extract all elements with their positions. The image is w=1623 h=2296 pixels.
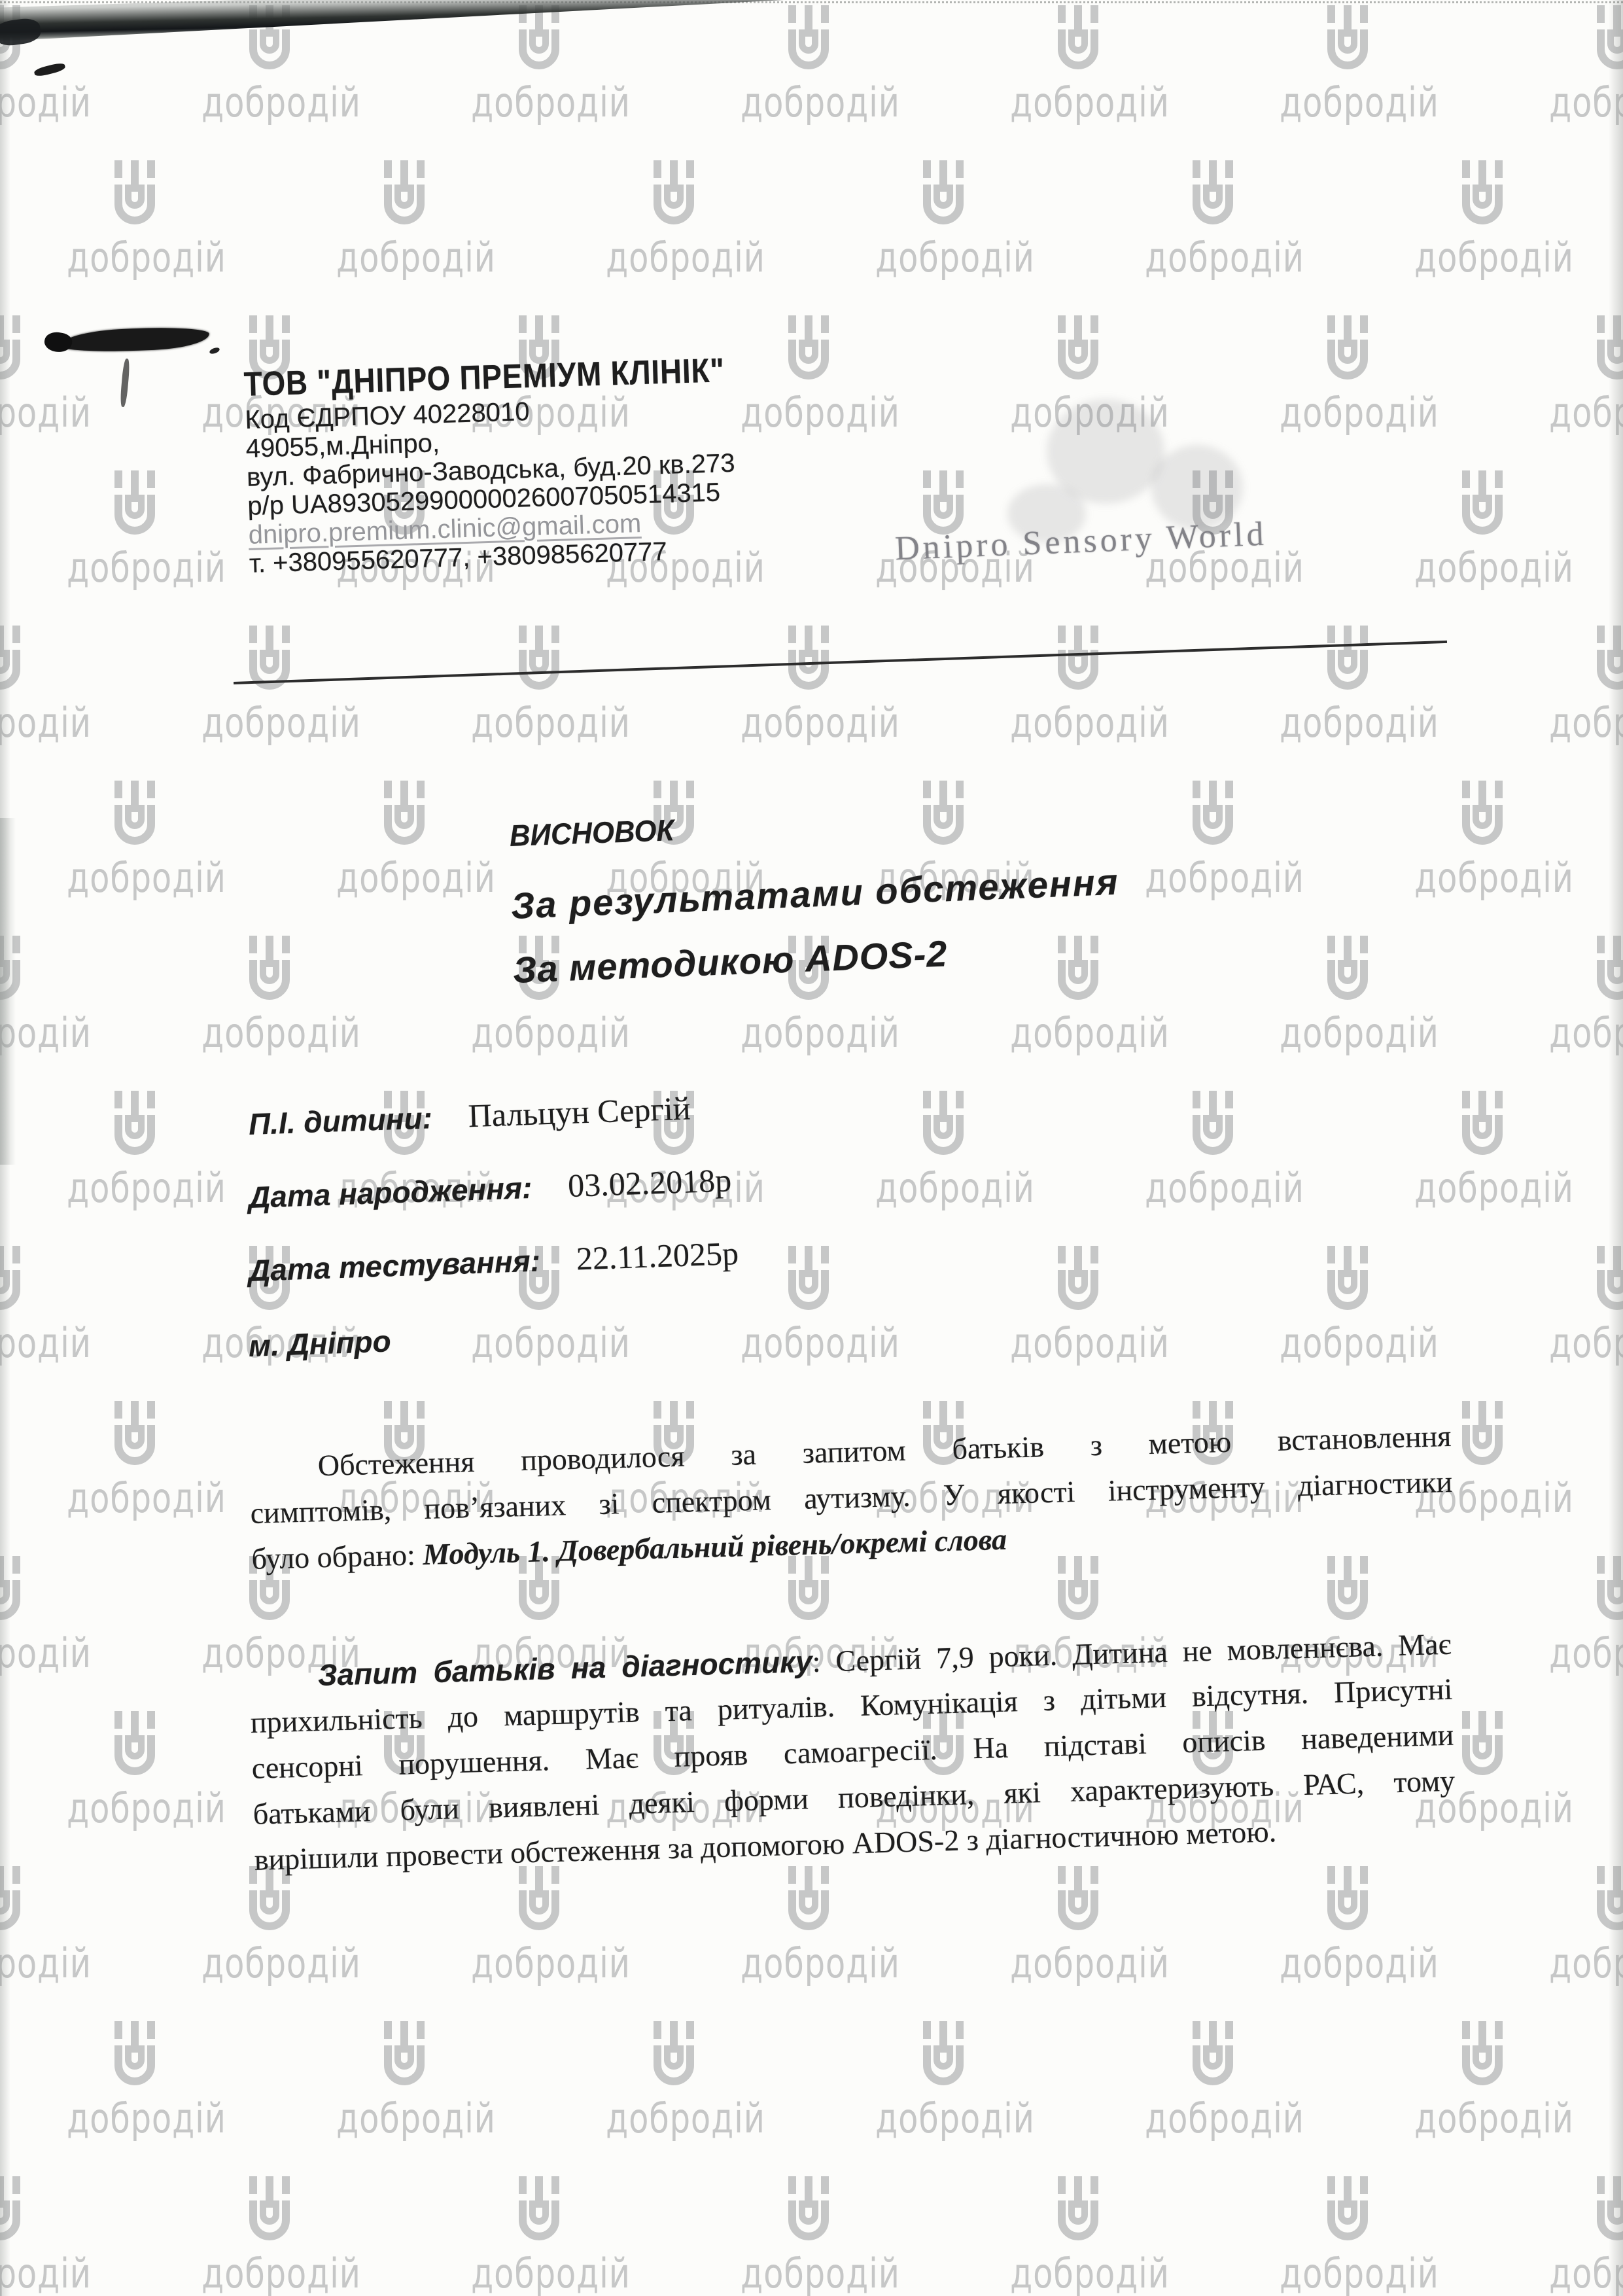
field-label: П.І. дитини: xyxy=(248,1101,433,1141)
watermark-pair: добродій xyxy=(0,1866,85,1983)
watermark-pair: добродій xyxy=(1263,315,1433,432)
watermark-text: добродій xyxy=(741,704,877,742)
dobrodiy-hand-flower-icon xyxy=(1190,2021,1236,2092)
watermark-text: добродій xyxy=(741,1324,877,1362)
dobrodiy-hand-flower-icon xyxy=(112,781,158,851)
watermark-text: добродій xyxy=(1145,859,1281,897)
watermark-text: добродій xyxy=(1414,2100,1550,2138)
watermark-text: добродій xyxy=(1010,2255,1146,2293)
watermark-text: добродій xyxy=(471,84,607,122)
watermark-text: добродій xyxy=(471,2255,607,2293)
watermark-text: добродій xyxy=(336,239,472,277)
watermark-text: добродій xyxy=(201,84,338,122)
watermark-pair: добродій xyxy=(319,781,489,897)
dobrodiy-hand-flower-icon xyxy=(786,626,831,696)
request-label-emphasis: Запит батьків на діагностику xyxy=(317,1644,812,1692)
field-value: 22.11.2025р xyxy=(576,1235,739,1277)
watermark-pair: добродій xyxy=(993,1866,1163,1983)
watermark-text: добродій xyxy=(67,549,203,587)
watermark-text: добродій xyxy=(201,1945,338,1983)
field-value: 03.02.2018р xyxy=(567,1161,732,1204)
dobrodiy-hand-flower-icon xyxy=(1325,2176,1370,2247)
watermark-pair: добродій xyxy=(858,2021,1028,2138)
watermark-pair: добродій xyxy=(184,936,355,1052)
watermark-pair: добродій xyxy=(50,470,220,587)
watermark-pair: добродій xyxy=(1397,470,1567,587)
watermark-pair: добродій xyxy=(1397,160,1567,277)
paragraph-text: було обрано: xyxy=(251,1538,423,1576)
watermark-text: добродій xyxy=(741,2255,877,2293)
watermark-pair: добродій xyxy=(0,1556,85,1672)
watermark-pair: добродій xyxy=(454,2176,624,2293)
dobrodiy-hand-flower-icon xyxy=(112,160,158,231)
watermark-pair: добродій xyxy=(1263,936,1433,1052)
watermark-text: добродій xyxy=(1280,1324,1416,1362)
faded-stamp-remnant xyxy=(1007,484,1086,543)
dobrodiy-hand-flower-icon xyxy=(1459,1401,1505,1472)
watermark-text: добродій xyxy=(67,1790,203,1828)
dobrodiy-hand-flower-icon xyxy=(1325,1246,1370,1316)
watermark-pair: добродій xyxy=(184,1866,355,1983)
dobrodiy-hand-flower-icon xyxy=(381,2021,427,2092)
dobrodiy-hand-flower-icon xyxy=(786,5,831,76)
dobrodiy-hand-flower-icon xyxy=(920,1091,966,1161)
dobrodiy-hand-flower-icon xyxy=(516,1866,562,1937)
scan-left-edge-shadow-segment xyxy=(0,818,16,1165)
watermark-text: добродій xyxy=(1145,239,1281,277)
dobrodiy-hand-flower-icon xyxy=(786,1246,831,1316)
dobrodiy-hand-flower-icon xyxy=(1055,5,1101,76)
watermark-text: добродій xyxy=(1145,2100,1281,2138)
dobrodiy-hand-flower-icon xyxy=(1459,2021,1505,2092)
dobrodiy-hand-flower-icon xyxy=(247,2176,292,2247)
watermark-pair: добродій xyxy=(1128,1091,1298,1207)
dobrodiy-hand-flower-icon xyxy=(1325,1556,1370,1627)
watermark-text: добродій xyxy=(606,2100,742,2138)
dobrodiy-hand-flower-icon xyxy=(1055,936,1101,1006)
watermark-pair: добродій xyxy=(319,2021,489,2138)
faded-stamp-remnant xyxy=(1151,445,1243,530)
watermark-pair: добродій xyxy=(184,2176,355,2293)
watermark-pair: добродій xyxy=(858,160,1028,277)
watermark-pair: добродій xyxy=(1128,2021,1298,2138)
watermark-pair: добродій xyxy=(993,2176,1163,2293)
dobrodiy-hand-flower-icon xyxy=(920,160,966,231)
document-title: ВИСНОВОК xyxy=(509,812,674,853)
dobrodiy-hand-flower-icon xyxy=(786,1866,831,1937)
dobrodiy-hand-flower-icon xyxy=(1459,1091,1505,1161)
watermark-text: добродій xyxy=(1010,1324,1146,1362)
watermark-pair: добродій xyxy=(1263,1246,1433,1362)
dobrodiy-hand-flower-icon xyxy=(1055,1556,1101,1627)
watermark-layer: добродійдобродійдобродійдобродійдобродій… xyxy=(0,0,1623,2296)
watermark-pair: добродій xyxy=(724,626,894,742)
watermark-pair: добродій xyxy=(50,1401,220,1517)
field-value: Пальцун Сергій xyxy=(468,1089,691,1134)
watermark-text: добродій xyxy=(201,704,338,742)
watermark-text: добродій xyxy=(875,1169,1011,1207)
watermark-pair: добродій xyxy=(454,5,624,122)
paragraph-parents-request: Запит батьків на діагностику: Сергій 7,9… xyxy=(249,1621,1457,1883)
watermark-pair: добродій xyxy=(0,1246,85,1362)
watermark-pair: добродій xyxy=(50,1711,220,1828)
watermark-pair: добродій xyxy=(724,1866,894,1983)
watermark-text: добродій xyxy=(67,1479,203,1517)
dobrodiy-hand-flower-icon xyxy=(381,781,427,851)
dobrodiy-hand-flower-icon xyxy=(112,2021,158,2092)
watermark-text: добродій xyxy=(67,859,203,897)
dobrodiy-hand-flower-icon xyxy=(1190,1091,1236,1161)
watermark-pair: добродій xyxy=(589,160,759,277)
watermark-pair: добродій xyxy=(1263,5,1433,122)
watermark-text: добродій xyxy=(1280,2255,1416,2293)
dobrodiy-hand-flower-icon xyxy=(651,2021,697,2092)
watermark-pair: добродій xyxy=(724,2176,894,2293)
watermark-text: добродій xyxy=(336,859,472,897)
watermark-text: добродій xyxy=(67,239,203,277)
watermark-pair: добродій xyxy=(184,626,355,742)
dobrodiy-hand-flower-icon xyxy=(1459,160,1505,231)
watermark-text: добродій xyxy=(1280,394,1416,432)
dobrodiy-hand-flower-icon xyxy=(247,626,292,696)
watermark-pair: добродій xyxy=(589,2021,759,2138)
watermark-text: добродій xyxy=(741,84,877,122)
dobrodiy-hand-flower-icon xyxy=(112,1091,158,1161)
field-city: м. Дніпро xyxy=(248,1323,391,1364)
dobrodiy-hand-flower-icon xyxy=(381,160,427,231)
dobrodiy-hand-flower-icon xyxy=(247,936,292,1006)
watermark-pair: добродій xyxy=(724,1246,894,1362)
watermark-pair: добродій xyxy=(993,1246,1163,1362)
dobrodiy-hand-flower-icon xyxy=(112,470,158,541)
watermark-text: добродій xyxy=(67,1169,203,1207)
dobrodiy-hand-flower-icon xyxy=(920,2021,966,2092)
watermark-pair: добродій xyxy=(1397,781,1567,897)
dobrodiy-hand-flower-icon xyxy=(1055,2176,1101,2247)
watermark-text: добродій xyxy=(875,239,1011,277)
module-name-emphasis: Модуль 1. Довербальний рівень/окремі сло… xyxy=(423,1523,1007,1571)
watermark-pair: добродій xyxy=(0,626,85,742)
dobrodiy-hand-flower-icon xyxy=(651,160,697,231)
watermark-pair: добродій xyxy=(993,626,1163,742)
watermark-text: добродій xyxy=(336,2100,472,2138)
dobrodiy-hand-flower-icon xyxy=(786,315,831,386)
watermark-pair: добродій xyxy=(50,2021,220,2138)
field-label: м. Дніпро xyxy=(248,1324,391,1363)
dobrodiy-hand-flower-icon xyxy=(1055,626,1101,696)
dobrodiy-hand-flower-icon xyxy=(112,1401,158,1472)
watermark-text: добродій xyxy=(1010,1945,1146,1983)
watermark-pair: добродій xyxy=(454,1866,624,1983)
watermark-pair: добродій xyxy=(50,1091,220,1207)
watermark-text: добродій xyxy=(201,1014,338,1052)
watermark-text: добродій xyxy=(606,239,742,277)
watermark-text: добродій xyxy=(875,2100,1011,2138)
watermark-pair: добродій xyxy=(0,2176,85,2293)
watermark-pair: добродій xyxy=(454,626,624,742)
dobrodiy-hand-flower-icon xyxy=(516,626,562,696)
watermark-pair: добродій xyxy=(50,781,220,897)
watermark-pair: добродій xyxy=(1263,2176,1433,2293)
dobrodiy-hand-flower-icon xyxy=(1325,936,1370,1006)
scan-right-edge-shadow xyxy=(1609,0,1623,2296)
dobrodiy-hand-flower-icon xyxy=(1055,1246,1101,1316)
watermark-text: добродій xyxy=(741,394,877,432)
dobrodiy-hand-flower-icon xyxy=(516,2176,562,2247)
watermark-pair: добродій xyxy=(1128,160,1298,277)
dobrodiy-hand-flower-icon xyxy=(1459,470,1505,541)
watermark-text: добродій xyxy=(1414,239,1550,277)
dobrodiy-hand-flower-icon xyxy=(1459,1711,1505,1782)
watermark-text: добродій xyxy=(1414,859,1550,897)
dobrodiy-hand-flower-icon xyxy=(1459,781,1505,851)
watermark-text: добродій xyxy=(471,1324,607,1362)
dobrodiy-hand-flower-icon xyxy=(1190,160,1236,231)
watermark-pair: добродій xyxy=(0,315,85,432)
watermark-text: добродій xyxy=(201,2255,338,2293)
watermark-text: добродій xyxy=(471,704,607,742)
dobrodiy-hand-flower-icon xyxy=(1055,315,1101,386)
watermark-text: добродій xyxy=(741,1945,877,1983)
watermark-text: добродій xyxy=(471,1945,607,1983)
watermark-text: добродій xyxy=(1280,1014,1416,1052)
dobrodiy-hand-flower-icon xyxy=(920,781,966,851)
dobrodiy-hand-flower-icon xyxy=(1325,1866,1370,1937)
scanned-document-page: добродійдобродійдобродійдобродійдобродій… xyxy=(0,0,1623,2296)
watermark-text: добродій xyxy=(741,1014,877,1052)
watermark-pair: добродій xyxy=(319,160,489,277)
watermark-text: добродій xyxy=(1010,84,1146,122)
watermark-text: добродій xyxy=(67,2100,203,2138)
watermark-pair: добродій xyxy=(724,5,894,122)
dobrodiy-hand-flower-icon xyxy=(786,2176,831,2247)
dobrodiy-hand-flower-icon xyxy=(112,1711,158,1782)
watermark-text: добродій xyxy=(1414,1169,1550,1207)
watermark-pair: добродій xyxy=(1128,781,1298,897)
dobrodiy-hand-flower-icon xyxy=(1325,626,1370,696)
watermark-pair: добродій xyxy=(993,5,1163,122)
watermark-text: добродій xyxy=(471,1014,607,1052)
watermark-text: добродій xyxy=(1280,1945,1416,1983)
dobrodiy-hand-flower-icon xyxy=(1190,781,1236,851)
watermark-text: добродій xyxy=(1010,704,1146,742)
dobrodiy-hand-flower-icon xyxy=(1325,315,1370,386)
watermark-text: добродій xyxy=(1414,549,1550,587)
watermark-text: добродій xyxy=(1280,704,1416,742)
watermark-pair: добродій xyxy=(724,315,894,432)
watermark-pair: добродій xyxy=(993,936,1163,1052)
watermark-text: добродій xyxy=(1010,1014,1146,1052)
dobrodiy-hand-flower-icon xyxy=(516,5,562,76)
watermark-pair: добродій xyxy=(1397,2021,1567,2138)
watermark-pair: добродій xyxy=(1263,1866,1433,1983)
dobrodiy-hand-flower-icon xyxy=(1055,1866,1101,1937)
watermark-pair: добродій xyxy=(50,160,220,277)
watermark-pair: добродій xyxy=(858,1091,1028,1207)
dobrodiy-hand-flower-icon xyxy=(1325,5,1370,76)
watermark-text: добродій xyxy=(1280,84,1416,122)
watermark-pair: добродій xyxy=(1397,1091,1567,1207)
watermark-text: добродій xyxy=(1145,1169,1281,1207)
